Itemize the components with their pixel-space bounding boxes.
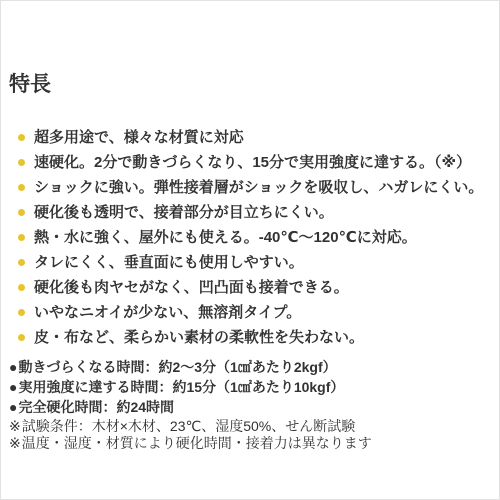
bullet-icon [18,159,25,166]
spec-text: 実用強度に達する時間：約15分（1㎠あたり10kgf） [18,379,344,395]
reference-mark-icon: ※ [9,435,21,451]
spec-list: ●動きづらくなる時間：約2～3分（1㎠あたり2kgf） ●実用強度に達する時間：… [9,357,499,417]
note-item: ※試験条件：木材×木材、23℃、湿度50%、せん断試験 [9,418,499,435]
bullet-icon [18,209,25,216]
feature-item: 速硬化。2分で動きづらくなり、15分で実用強度に達する。（※） [18,150,499,175]
bullet-icon [18,184,25,191]
reference-mark-icon: ※ [9,418,21,434]
note-text: 温度・湿度・材質により硬化時間・接着力は異なります [22,435,372,451]
feature-text: タレにくく、垂直面にも使用しやすい。 [34,250,304,275]
feature-list: 超多用途で、様々な材質に対応 速硬化。2分で動きづらくなり、15分で実用強度に達… [1,125,499,350]
feature-text: 超多用途で、様々な材質に対応 [34,125,244,150]
feature-text: 速硬化。2分で動きづらくなり、15分で実用強度に達する。（※） [34,150,471,175]
spec-item: ●実用強度に達する時間：約15分（1㎠あたり10kgf） [9,377,499,397]
dot-marker-icon: ● [9,379,17,395]
bullet-icon [18,259,25,266]
page-title: 特長 [9,73,499,97]
dot-marker-icon: ● [9,359,17,375]
feature-item: 硬化後も透明で、接着部分が目立ちにくい。 [18,200,499,225]
bullet-icon [18,234,25,241]
feature-item: いやなニオイが少ない、無溶剤タイプ。 [18,300,499,325]
feature-text: 皮・布など、柔らかい素材の柔軟性を失わない。 [34,325,364,350]
dot-marker-icon: ● [9,399,17,415]
bullet-icon [18,284,25,291]
feature-text: ショックに強い。弾性接着層がショックを吸収し、ハガレにくい。 [34,175,483,200]
product-feature-page: 特長 超多用途で、様々な材質に対応 速硬化。2分で動きづらくなり、15分で実用強… [0,0,500,500]
feature-item: 超多用途で、様々な材質に対応 [18,125,499,150]
note-text: 試験条件：木材×木材、23℃、湿度50%、せん断試験 [22,418,356,434]
note-item: ※温度・湿度・材質により硬化時間・接着力は異なります [9,435,499,452]
bullet-icon [18,134,25,141]
bullet-icon [18,334,25,341]
spec-item: ●完全硬化時間：約24時間 [9,397,499,417]
feature-item: タレにくく、垂直面にも使用しやすい。 [18,250,499,275]
spec-item: ●動きづらくなる時間：約2～3分（1㎠あたり2kgf） [9,357,499,377]
feature-text: 硬化後も肉ヤセがなく、凹凸面も接着できる。 [34,275,349,300]
feature-item: 熱・水に強く、屋外にも使える。-40℃～120℃に対応。 [18,225,499,250]
feature-text: いやなニオイが少ない、無溶剤タイプ。 [34,300,301,325]
bullet-icon [18,309,25,316]
feature-item: 硬化後も肉ヤセがなく、凹凸面も接着できる。 [18,275,499,300]
spec-text: 動きづらくなる時間：約2～3分（1㎠あたり2kgf） [18,359,336,375]
feature-text: 硬化後も透明で、接着部分が目立ちにくい。 [34,200,334,225]
spec-text: 完全硬化時間：約24時間 [18,399,174,415]
feature-item: ショックに強い。弾性接着層がショックを吸収し、ハガレにくい。 [18,175,499,200]
feature-item: 皮・布など、柔らかい素材の柔軟性を失わない。 [18,325,499,350]
feature-text: 熱・水に強く、屋外にも使える。-40℃～120℃に対応。 [34,225,417,250]
note-list: ※試験条件：木材×木材、23℃、湿度50%、せん断試験 ※温度・湿度・材質により… [9,418,499,452]
